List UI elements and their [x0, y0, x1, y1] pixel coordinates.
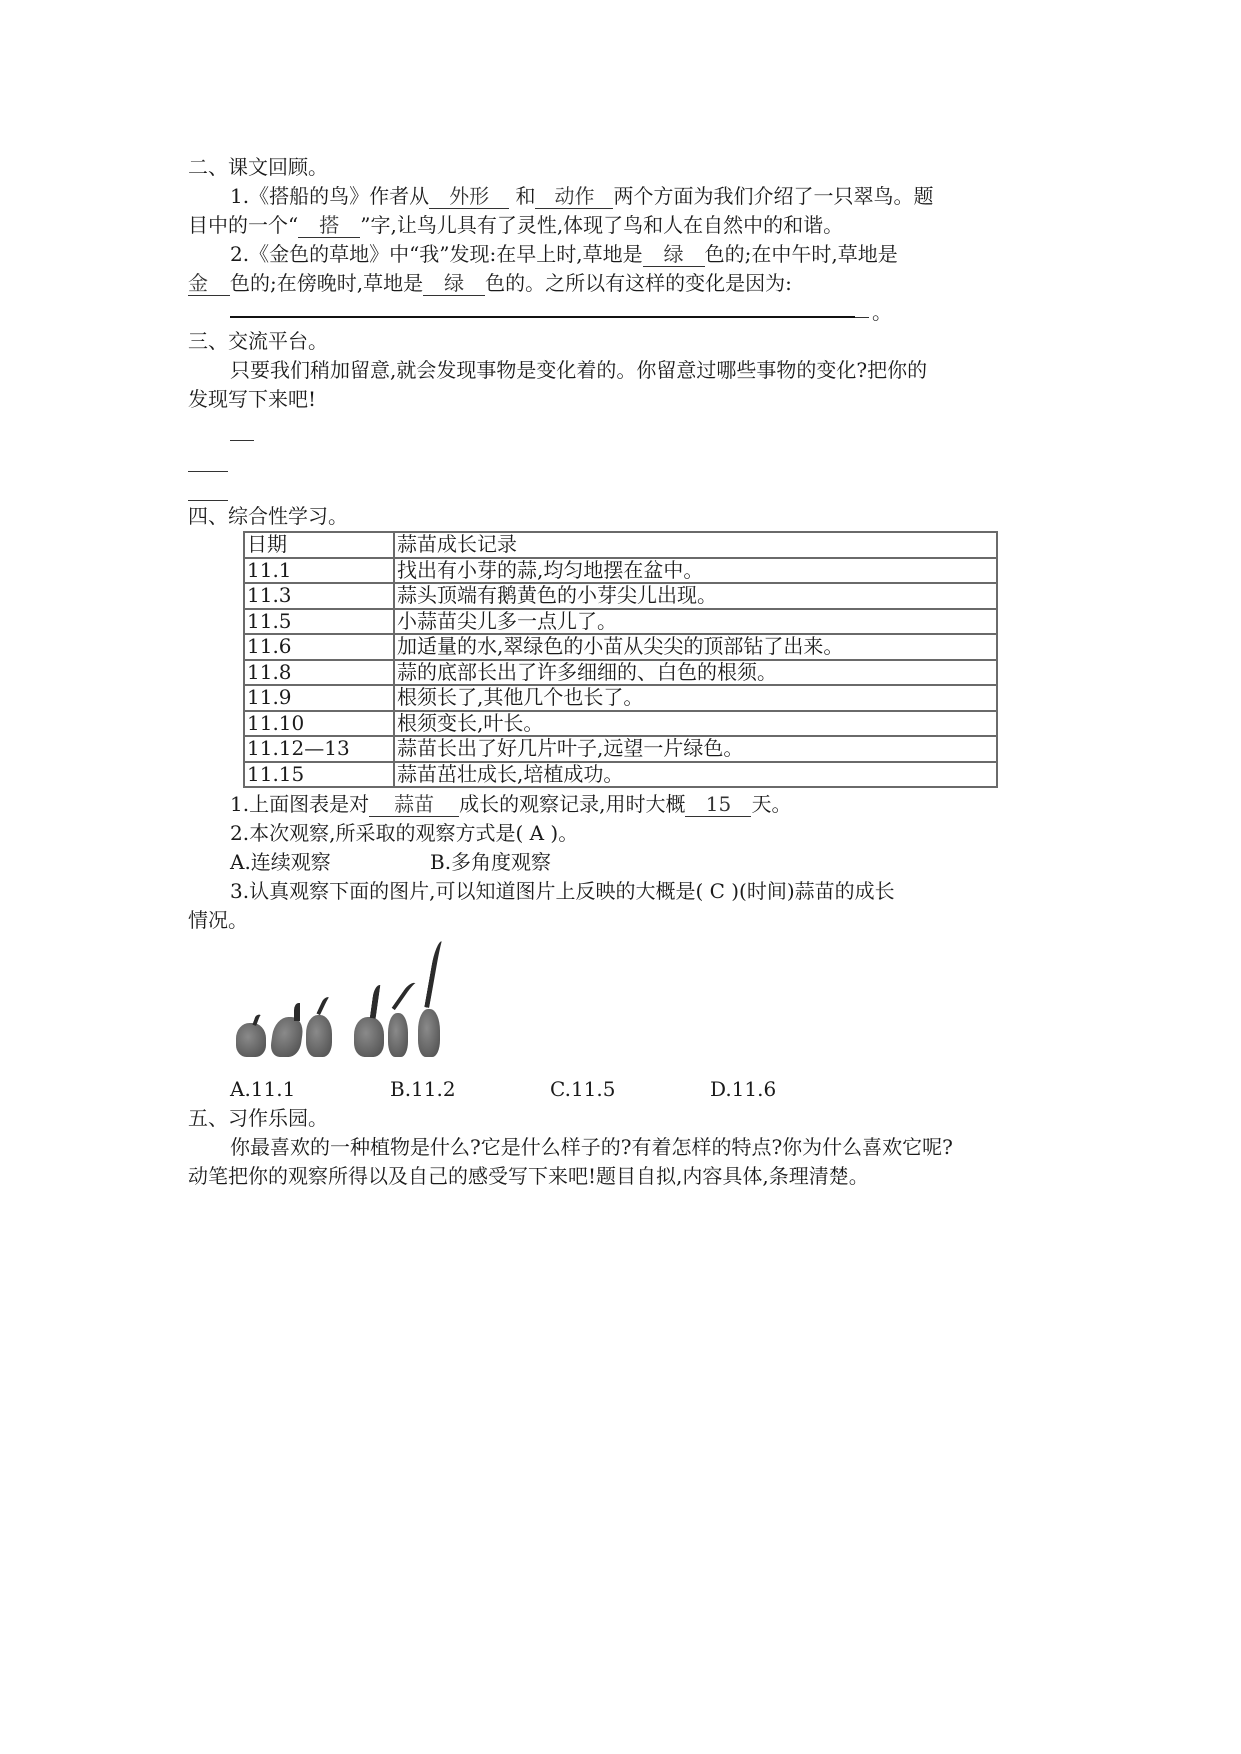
sprout-5 [392, 980, 423, 1016]
garlic-sprout-figure [236, 935, 441, 1065]
answer-blank-action[interactable]: 动作 [535, 184, 613, 209]
section-4-heading: 四、综合性学习。 [188, 502, 1048, 531]
table-cell-date: 11.10 [244, 711, 394, 737]
table-cell-date: 11.5 [244, 609, 394, 635]
table-row: 11.1找出有小芽的蒜,均匀地摆在盆中。 [244, 558, 997, 584]
worksheet-page: 二、课文回顾。 1.《搭船的鸟》作者从外形 和动作两个方面为我们介绍了一只翠鸟。… [188, 153, 1048, 1191]
table-cell-record: 蒜苗茁壮成长,培植成功。 [394, 762, 997, 788]
table-cell-date: 11.9 [244, 685, 394, 711]
q1-text: ”字,让鸟儿具有了灵性,体现了鸟和人在自然中的和谐。 [360, 213, 843, 237]
table-header-row: 日期 蒜苗成长记录 [244, 532, 997, 558]
section-4-q3-line1: 3.认真观察下面的图片,可以知道图片上反映的大概是( C )(时间)蒜苗的成长 [188, 877, 1048, 906]
section-2-q1-line2: 目中的一个“搭”字,让鸟儿具有了灵性,体现了鸟和人在自然中的和谐。 [188, 211, 1048, 240]
option-b[interactable]: B.多角度观察 [430, 848, 551, 877]
table-cell-record: 加适量的水,翠绿色的小苗从尖尖的顶部钻了出来。 [394, 634, 997, 660]
table-row: 11.3蒜头顶端有鹅黄色的小芽尖儿出现。 [244, 583, 997, 609]
table-row: 11.8蒜的底部长出了许多细细的、白色的根须。 [244, 660, 997, 686]
q1-text: 目中的一个“ [188, 213, 298, 237]
section-2-q2-line2: 金色的;在傍晚时,草地是绿色的。之所以有这样的变化是因为: [188, 269, 1048, 298]
garlic-bulb-4 [354, 1017, 384, 1057]
q1-text: 1.上面图表是对 [230, 792, 369, 816]
option-d[interactable]: D.11.6 [710, 1075, 776, 1104]
option-a[interactable]: A.连续观察 [230, 848, 430, 877]
table-header-date: 日期 [244, 532, 394, 558]
answer-blank-noon-color[interactable]: 金 [188, 271, 230, 296]
table-header-record: 蒜苗成长记录 [394, 532, 997, 558]
writing-underline [188, 457, 228, 472]
answer-blank-subject[interactable]: 蒜苗 [369, 792, 459, 817]
q1-text: 两个方面为我们介绍了一只翠鸟。题 [613, 184, 933, 208]
option-c[interactable]: C.11.5 [550, 1075, 710, 1104]
q1-text: 和 [509, 184, 535, 208]
option-a[interactable]: A.11.1 [230, 1075, 390, 1104]
table-cell-date: 11.3 [244, 583, 394, 609]
q2-text: 色的;在傍晚时,草地是 [230, 271, 423, 295]
answer-blank-appearance[interactable]: 外形 [429, 184, 509, 209]
section-3-prompt-line1: 只要我们稍加留意,就会发现事物是变化着的。你留意过哪些事物的变化?把你的 [188, 356, 1048, 385]
q2-text: 色的。之所以有这样的变化是因为: [485, 271, 792, 295]
table-cell-record: 蒜苗长出了好几片叶子,远望一片绿色。 [394, 736, 997, 762]
period-mark: 。 [872, 298, 892, 327]
table-row: 11.5小蒜苗尖儿多一点儿了。 [244, 609, 997, 635]
table-row: 11.10根须变长,叶长。 [244, 711, 997, 737]
section-4-q2: 2.本次观察,所采取的观察方式是( A )。 [188, 819, 1048, 848]
table-row: 11.12—13蒜苗长出了好几片叶子,远望一片绿色。 [244, 736, 997, 762]
sprout-6 [424, 940, 451, 1010]
sprout-4 [370, 984, 389, 1020]
q1-text: 成长的观察记录,用时大概 [459, 792, 685, 816]
writing-line-3[interactable] [188, 480, 1048, 502]
table-cell-date: 11.12—13 [244, 736, 394, 762]
section-3-prompt-line2: 发现写下来吧! [188, 385, 1048, 414]
garlic-bulb-3 [306, 1015, 332, 1057]
table-cell-record: 小蒜苗尖儿多一点儿了。 [394, 609, 997, 635]
section-5-heading: 五、习作乐园。 [188, 1104, 1048, 1133]
writing-underline [230, 426, 254, 441]
answer-underline [230, 316, 855, 318]
table-cell-record: 根须变长,叶长。 [394, 711, 997, 737]
section-3-heading: 三、交流平台。 [188, 327, 1048, 356]
section-2-q2-line1: 2.《金色的草地》中“我”发现:在早上时,草地是绿色的;在中午时,草地是 [188, 240, 1048, 269]
table-row: 11.6加适量的水,翠绿色的小苗从尖尖的顶部钻了出来。 [244, 634, 997, 660]
answer-underline-tail [855, 317, 869, 318]
table-row: 11.15蒜苗茁壮成长,培植成功。 [244, 762, 997, 788]
option-b[interactable]: B.11.2 [390, 1075, 550, 1104]
table-cell-record: 根须长了,其他几个也长了。 [394, 685, 997, 711]
answer-blank-character[interactable]: 搭 [298, 213, 360, 238]
garlic-bulb-6 [418, 1009, 440, 1057]
sprout-2 [294, 1003, 306, 1021]
table-cell-record: 蒜的底部长出了许多细细的、白色的根须。 [394, 660, 997, 686]
answer-blank-evening-color[interactable]: 绿 [423, 271, 485, 296]
table-row: 11.9根须长了,其他几个也长了。 [244, 685, 997, 711]
sprout-3 [316, 995, 335, 1018]
table-cell-record: 找出有小芽的蒜,均匀地摆在盆中。 [394, 558, 997, 584]
section-5-prompt-line2: 动笔把你的观察所得以及自己的感受写下来吧!题目自拟,内容具体,条理清楚。 [188, 1162, 1048, 1191]
section-4-q3-options: A.11.1B.11.2C.11.5D.11.6 [188, 1075, 1048, 1104]
table-cell-date: 11.1 [244, 558, 394, 584]
garlic-bulb-2 [269, 1017, 305, 1057]
q1-text: 1.《搭船的鸟》作者从 [230, 184, 429, 208]
garlic-bulb-5 [388, 1013, 408, 1057]
table-cell-date: 11.15 [244, 762, 394, 788]
section-5-prompt-line1: 你最喜欢的一种植物是什么?它是什么样子的?有着怎样的特点?你为什么喜欢它呢? [188, 1133, 1048, 1162]
section-4-q2-options: A.连续观察B.多角度观察 [188, 848, 1048, 877]
table-cell-record: 蒜头顶端有鹅黄色的小芽尖儿出现。 [394, 583, 997, 609]
q2-text: 2.《金色的草地》中“我”发现:在早上时,草地是 [230, 242, 643, 266]
q1-text: 天。 [751, 792, 791, 816]
table-cell-date: 11.8 [244, 660, 394, 686]
section-4-q3-line2: 情况。 [188, 906, 1048, 935]
table-cell-date: 11.6 [244, 634, 394, 660]
writing-line-2[interactable] [188, 451, 1048, 480]
writing-underline [188, 494, 228, 501]
section-4-q1: 1.上面图表是对蒜苗成长的观察记录,用时大概15天。 [188, 790, 1048, 819]
answer-blank-morning-color[interactable]: 绿 [643, 242, 705, 267]
writing-line-1[interactable] [188, 420, 1048, 449]
section-2-heading: 二、课文回顾。 [188, 153, 1048, 182]
answer-line-reason[interactable]: 。 [188, 298, 1048, 327]
garlic-growth-table: 日期 蒜苗成长记录 11.1找出有小芽的蒜,均匀地摆在盆中。 11.3蒜头顶端有… [243, 531, 998, 788]
answer-blank-days[interactable]: 15 [685, 792, 751, 817]
section-2-q1-line1: 1.《搭船的鸟》作者从外形 和动作两个方面为我们介绍了一只翠鸟。题 [188, 182, 1048, 211]
q2-text: 色的;在中午时,草地是 [705, 242, 898, 266]
